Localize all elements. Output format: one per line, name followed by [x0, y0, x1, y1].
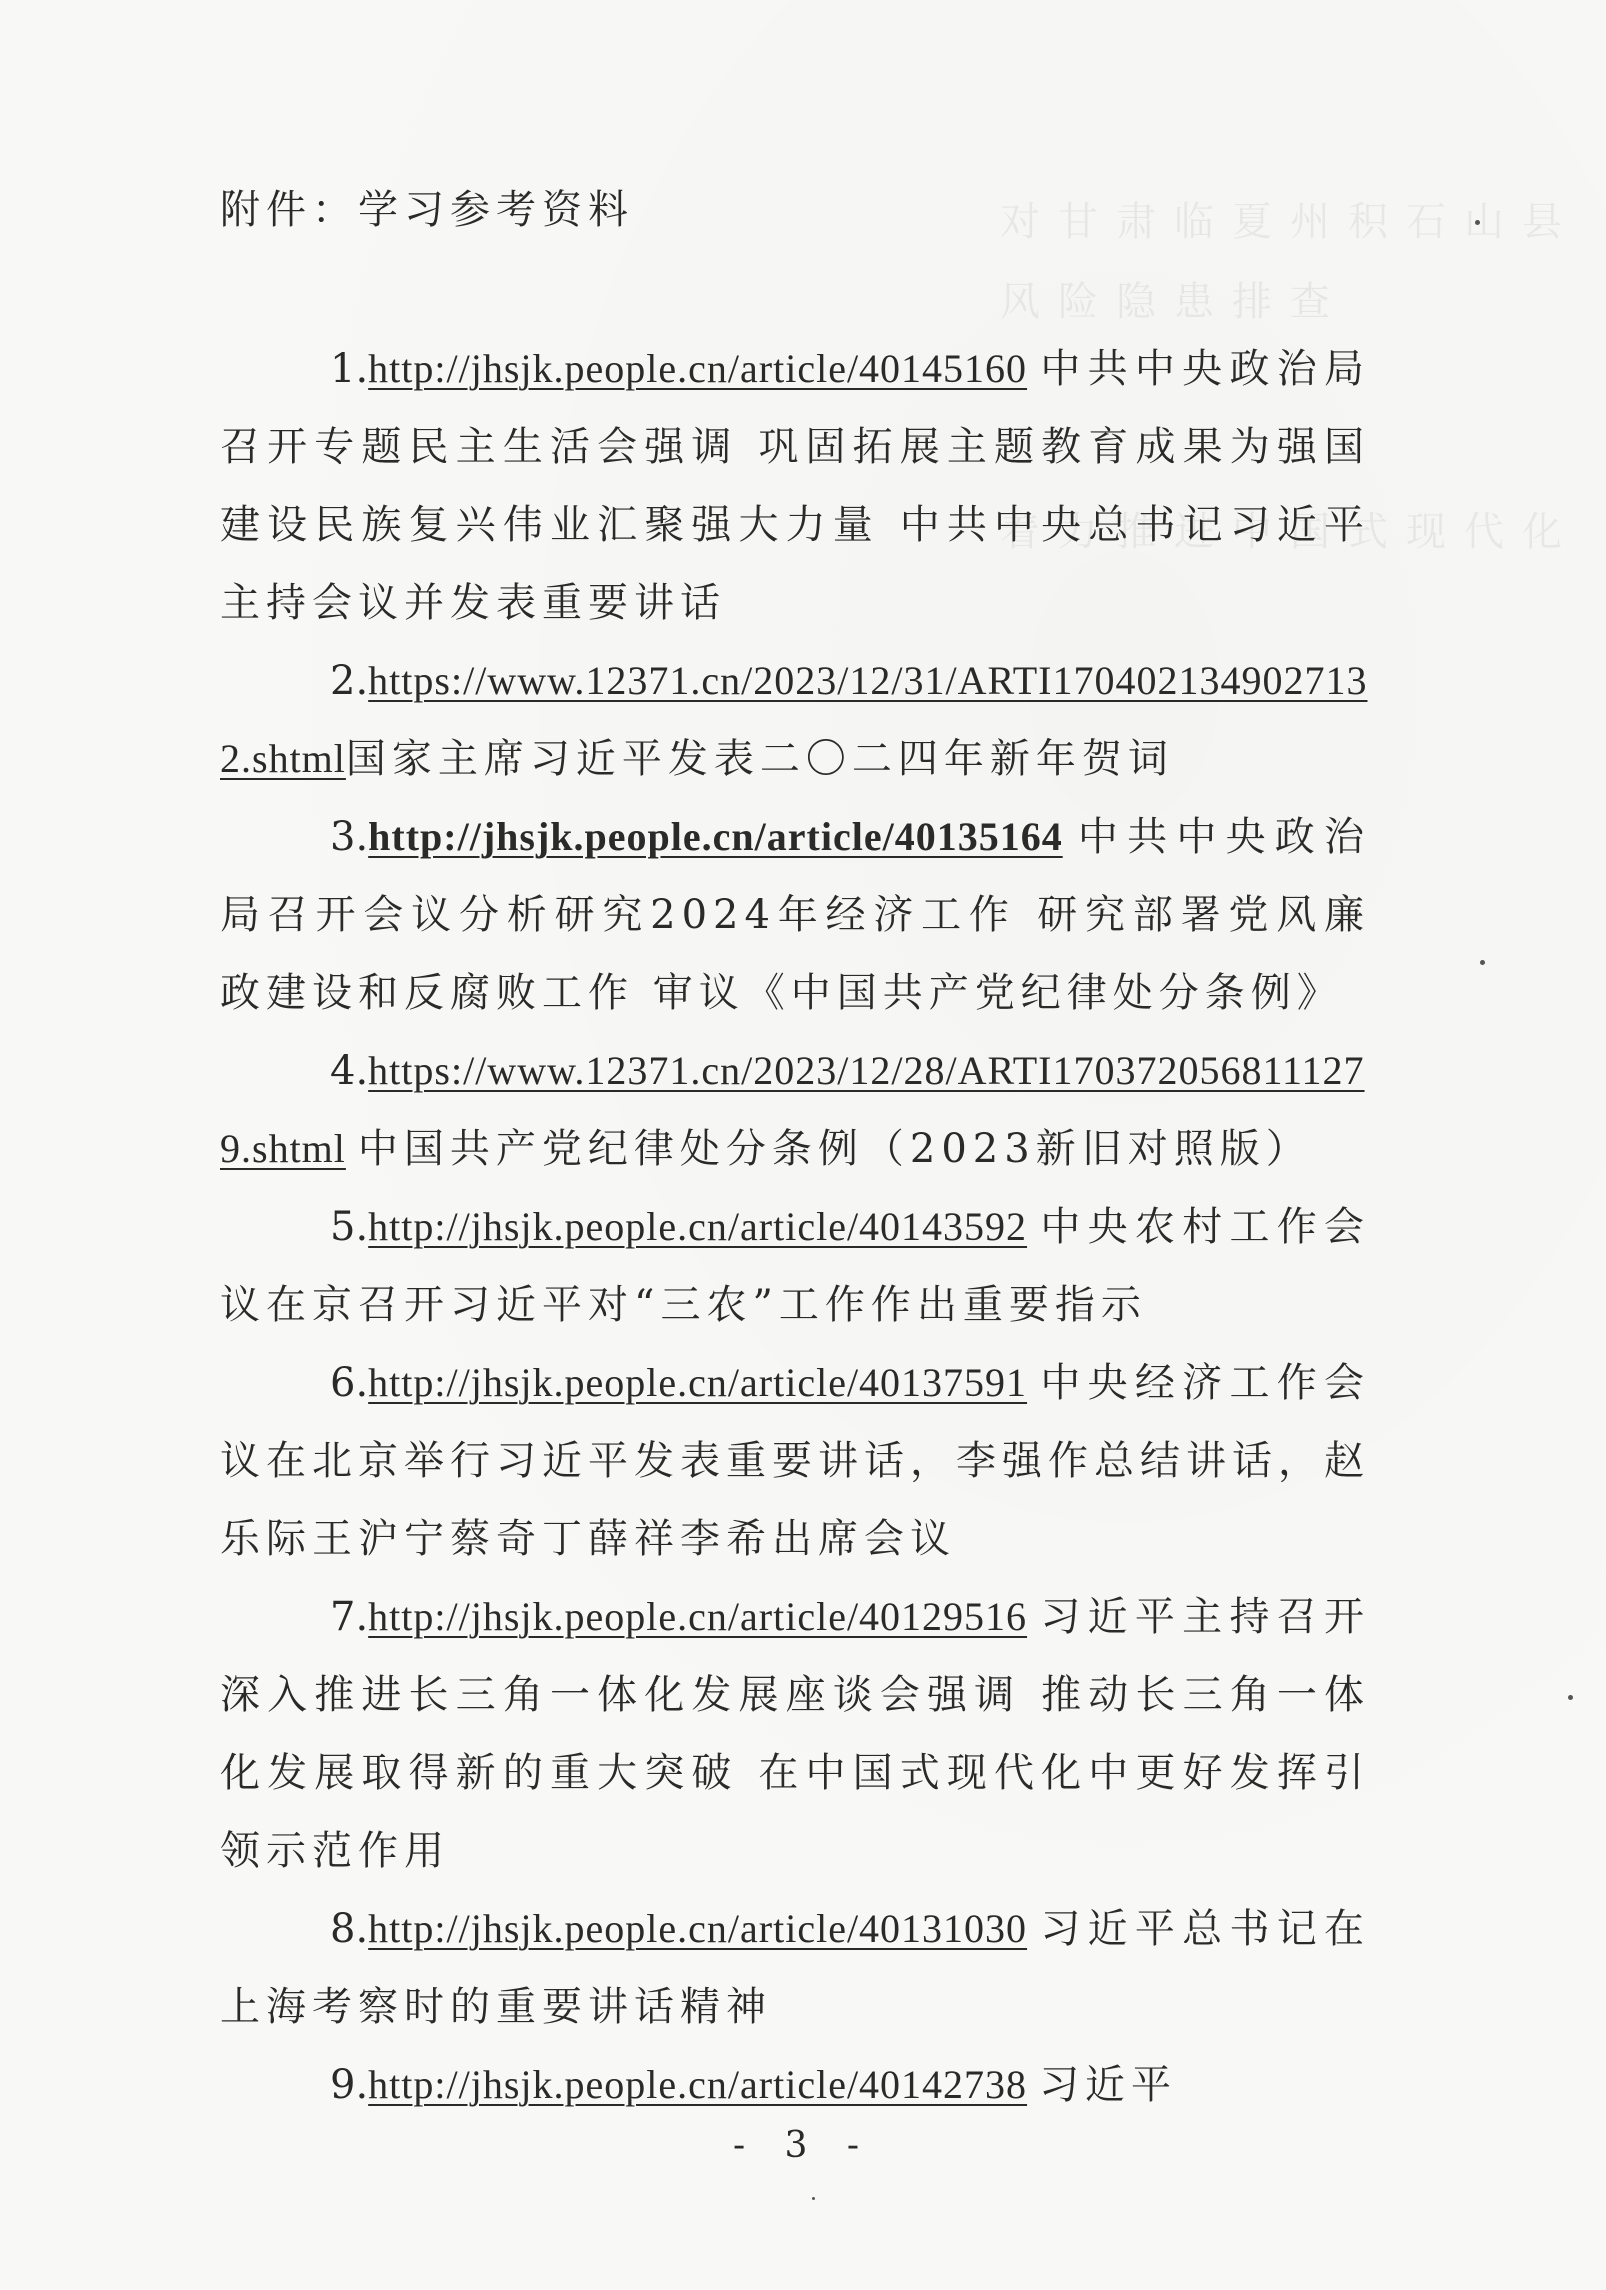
- reference-list: 1.http://jhsjk.people.cn/article/4014516…: [220, 330, 1370, 2124]
- reference-item-2: 2.https://www.12371.cn/2023/12/31/ARTI17…: [220, 642, 1370, 798]
- item-number: 5.: [330, 1204, 368, 1250]
- reference-link[interactable]: http://jhsjk.people.cn/article/40137591: [368, 1360, 1027, 1405]
- reference-title: 国家主席习近平发表二〇二四年新年贺词: [346, 736, 1174, 782]
- reference-link[interactable]: http://jhsjk.people.cn/article/40145160: [368, 346, 1027, 391]
- item-number: 2.: [330, 658, 368, 704]
- reference-item-1: 1.http://jhsjk.people.cn/article/4014516…: [220, 330, 1370, 642]
- item-number: 3.: [330, 814, 368, 860]
- item-number: 8.: [330, 1906, 368, 1952]
- item-number: 9.: [330, 2062, 368, 2108]
- bleed-through-text: 风险隐患排查: [1000, 270, 1348, 327]
- scan-speck: [1568, 1695, 1573, 1700]
- reference-link[interactable]: http://jhsjk.people.cn/article/40135164: [368, 814, 1063, 859]
- reference-item-5: 5.http://jhsjk.people.cn/article/4014359…: [220, 1188, 1370, 1344]
- reference-item-9: 9.http://jhsjk.people.cn/article/4014273…: [220, 2046, 1370, 2124]
- item-number: 1.: [330, 346, 368, 392]
- page-number: - 3 -: [0, 2125, 1606, 2166]
- scan-speck: [812, 2197, 815, 2200]
- reference-link[interactable]: http://jhsjk.people.cn/article/40131030: [368, 1906, 1027, 1951]
- attachment-heading: 附件：学习参考资料: [220, 180, 634, 240]
- reference-title: 习近平: [1039, 2062, 1177, 2108]
- reference-title: 中国共产党纪律处分条例（2023新旧对照版）: [358, 1126, 1312, 1172]
- item-number: 6.: [330, 1360, 368, 1406]
- item-number: 7.: [330, 1594, 368, 1640]
- reference-item-8: 8.http://jhsjk.people.cn/article/4013103…: [220, 1890, 1370, 2046]
- reference-link[interactable]: http://jhsjk.people.cn/article/40143592: [368, 1204, 1027, 1249]
- reference-item-3: 3.http://jhsjk.people.cn/article/4013516…: [220, 798, 1370, 1032]
- reference-item-7: 7.http://jhsjk.people.cn/article/4012951…: [220, 1578, 1370, 1890]
- reference-link[interactable]: http://jhsjk.people.cn/article/40129516: [368, 1594, 1027, 1639]
- document-page: 对甘肃临夏州积石山县 风险隐患排查 着力推进中国式现代化 附件：学习参考资料 1…: [0, 0, 1606, 2290]
- scan-speck: [1475, 220, 1480, 225]
- reference-link[interactable]: http://jhsjk.people.cn/article/40142738: [368, 2062, 1027, 2107]
- item-number: 4.: [330, 1048, 368, 1094]
- bleed-through-text: 对甘肃临夏州积石山县: [1000, 190, 1580, 247]
- reference-item-4: 4.https://www.12371.cn/2023/12/28/ARTI17…: [220, 1032, 1370, 1188]
- scan-speck: [1480, 960, 1485, 965]
- reference-item-6: 6.http://jhsjk.people.cn/article/4013759…: [220, 1344, 1370, 1578]
